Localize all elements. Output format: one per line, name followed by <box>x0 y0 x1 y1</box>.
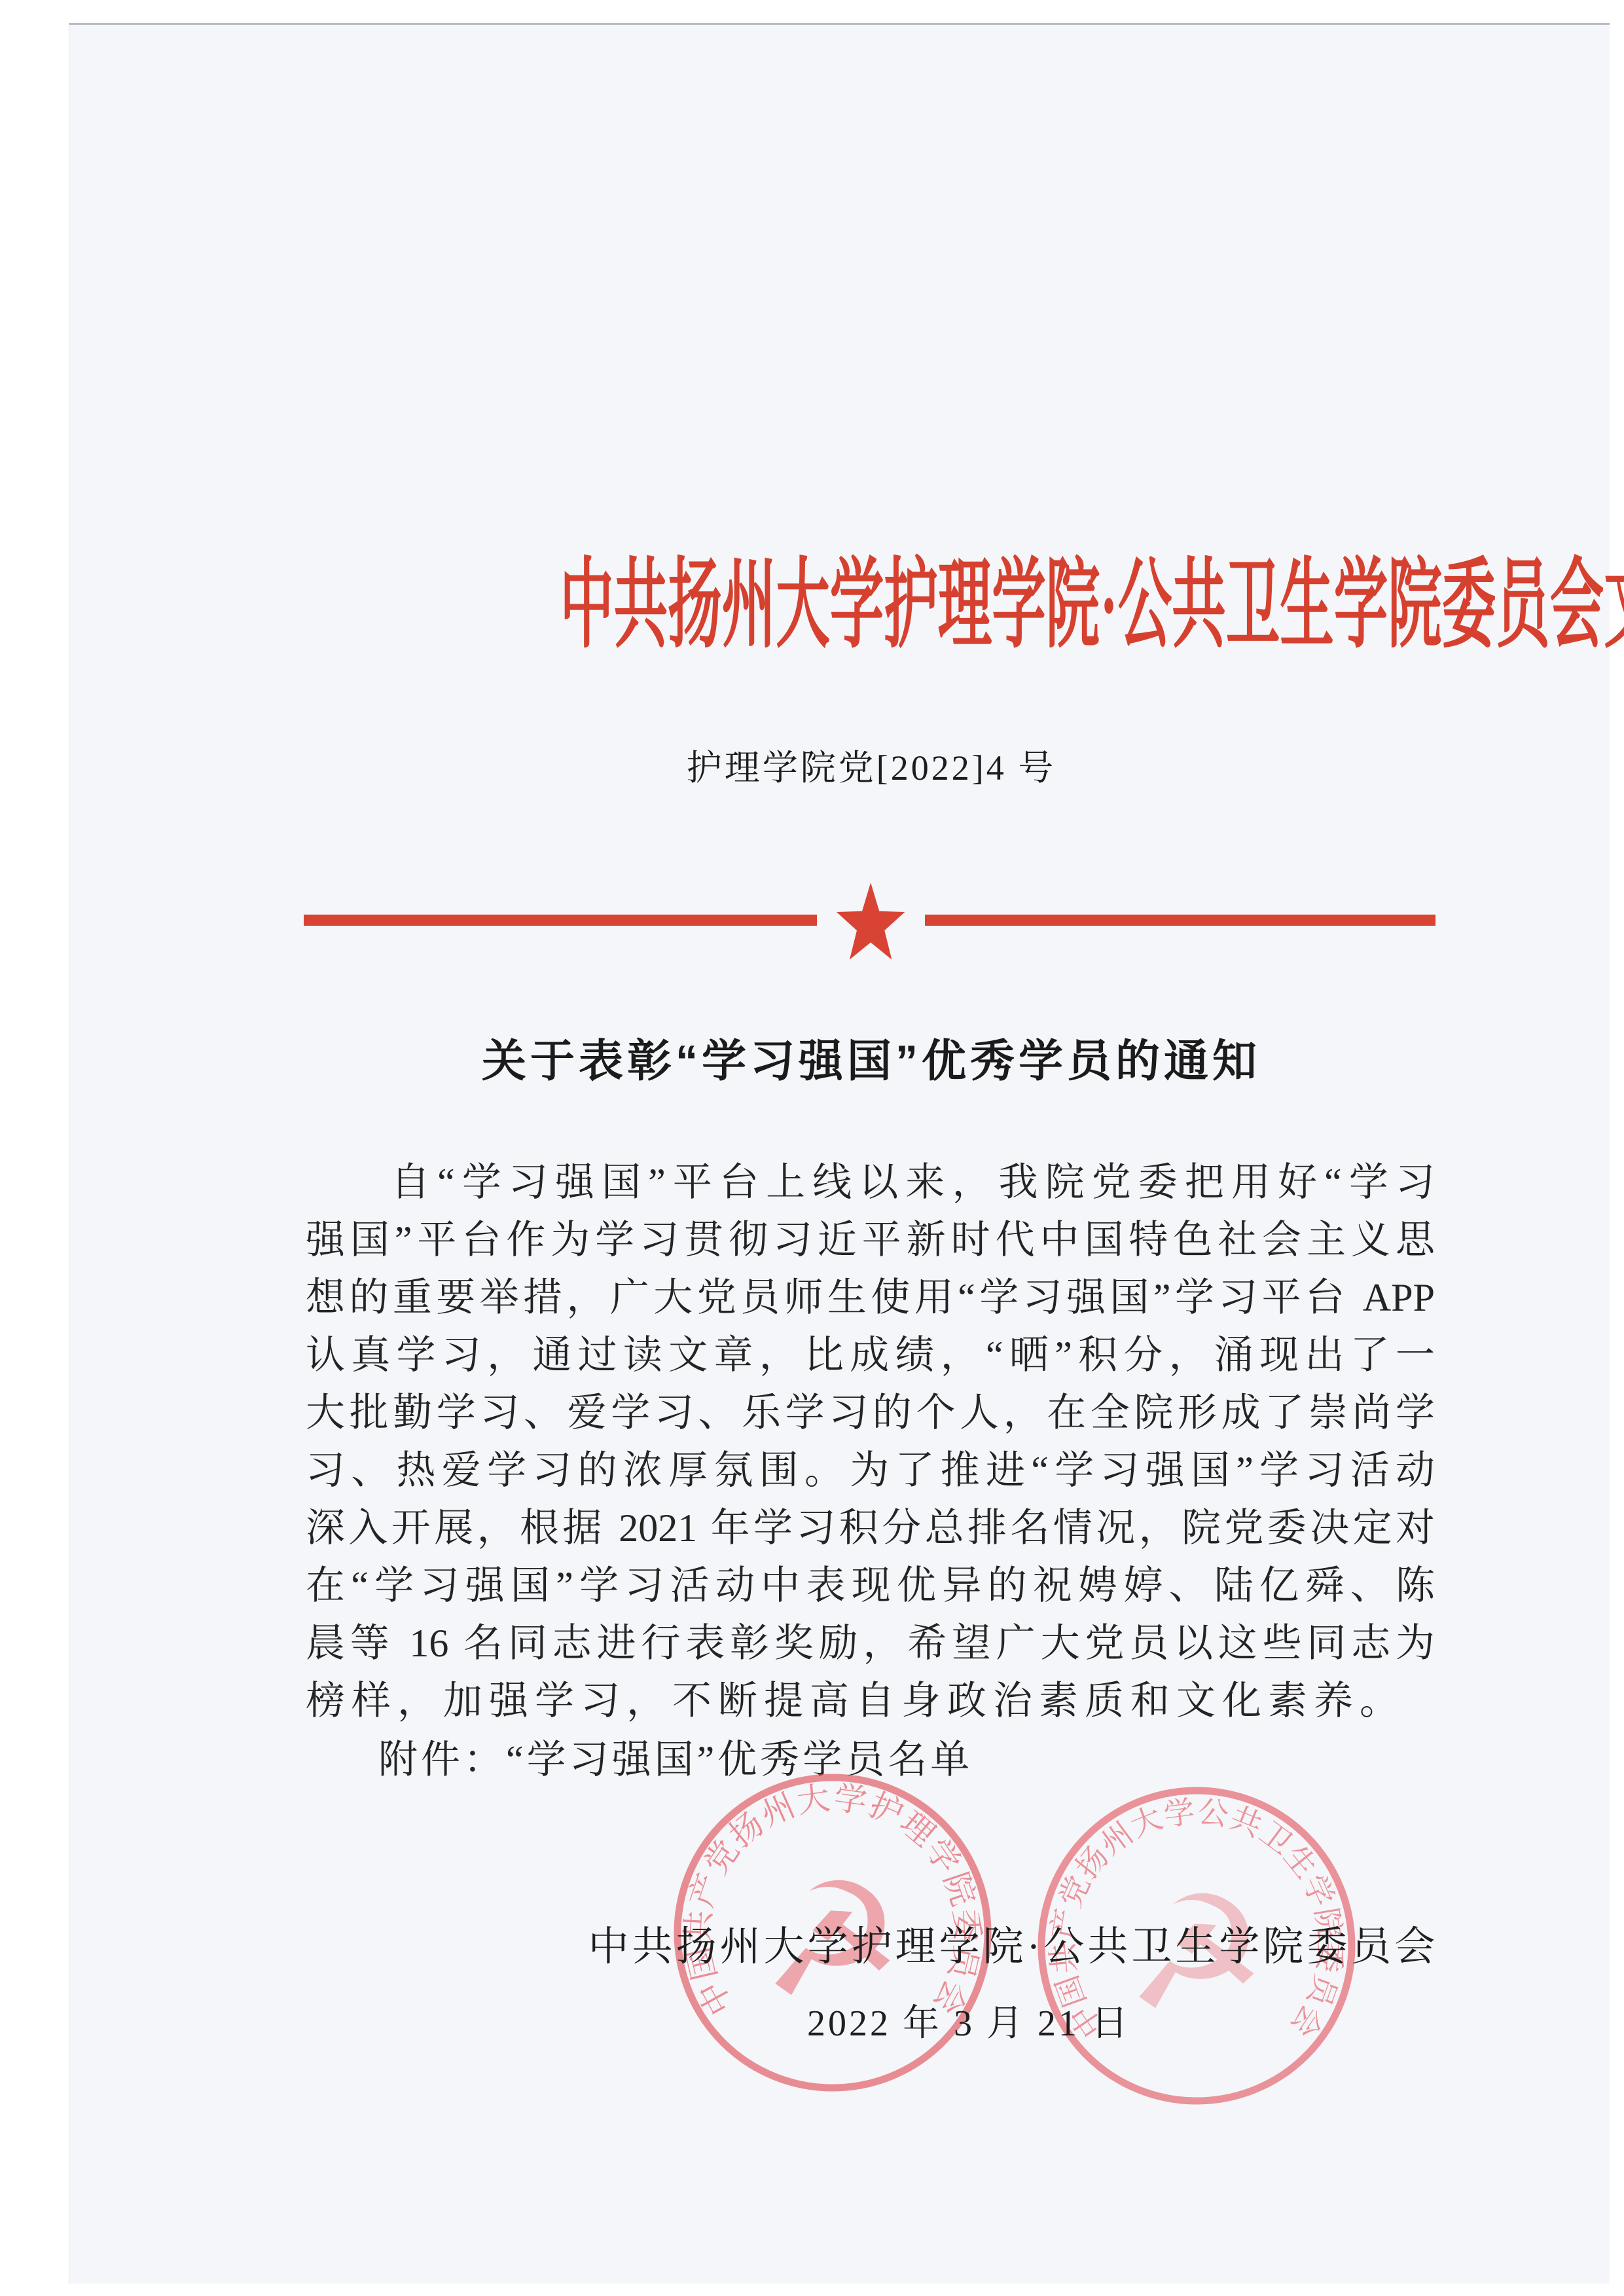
signature-line: 中共扬州大学护理学院·公共卫生学院委员会 <box>457 1923 1570 1971</box>
body-line: 在“学习强国”学习活动中表现优异的祝娉婷、陆亿舜、陈 <box>306 1557 1435 1614</box>
body-line: 大批勤学习、爱学习、乐学习的个人，在全院形成了崇尚学 <box>306 1384 1435 1442</box>
body-line: 认真学习，通过读文章，比成绩，“晒”积分，涌现出了一 <box>306 1326 1435 1384</box>
body-line: 深入开展，根据 2021 年学习积分总排名情况，院党委决定对 <box>306 1499 1435 1557</box>
letterhead-title-text: 中共扬州大学护理学院·公共卫生学院委员会文件 <box>560 553 1183 658</box>
body-line: 榜样，加强学习，不断提高自身政治素质和文化素养。 <box>306 1672 1435 1730</box>
body-line: 想的重要举措，广大党员师生使用“学习强国”学习平台 APP <box>306 1269 1435 1326</box>
body-line: 习、热爱学习的浓厚氛围。为了推进“学习强国”学习活动 <box>306 1442 1435 1499</box>
body-line: 自“学习强国”平台上线以来，我院党委把用好“学习 <box>306 1154 1435 1211</box>
body-paragraph: 自“学习强国”平台上线以来，我院党委把用好“学习 强国”平台作为学习贯彻习近平新… <box>306 1154 1435 1730</box>
letterhead-title: 中共扬州大学护理学院·公共卫生学院委员会文件 <box>305 553 1437 661</box>
doc-number: 护理学院党[2022]4 号 <box>305 745 1437 791</box>
body-line: 强国”平台作为学习贯彻习近平新时代中国特色社会主义思 <box>306 1211 1435 1269</box>
date-line: 2022 年 3 月 21 日 <box>641 2001 1296 2047</box>
red-rule-left <box>304 915 817 926</box>
body-line: 晨等 16 名同志进行表彰奖励，希望广大党员以这些同志为 <box>306 1614 1435 1672</box>
red-rule-right <box>925 915 1435 926</box>
notice-title: 关于表彰“学习强国”优秀学员的通知 <box>305 1036 1437 1086</box>
star-icon <box>836 880 907 962</box>
scanned-document-page: 中共扬州大学护理学院·公共卫生学院委员会文件 护理学院党[2022]4 号 关于… <box>0 0 1624 2296</box>
